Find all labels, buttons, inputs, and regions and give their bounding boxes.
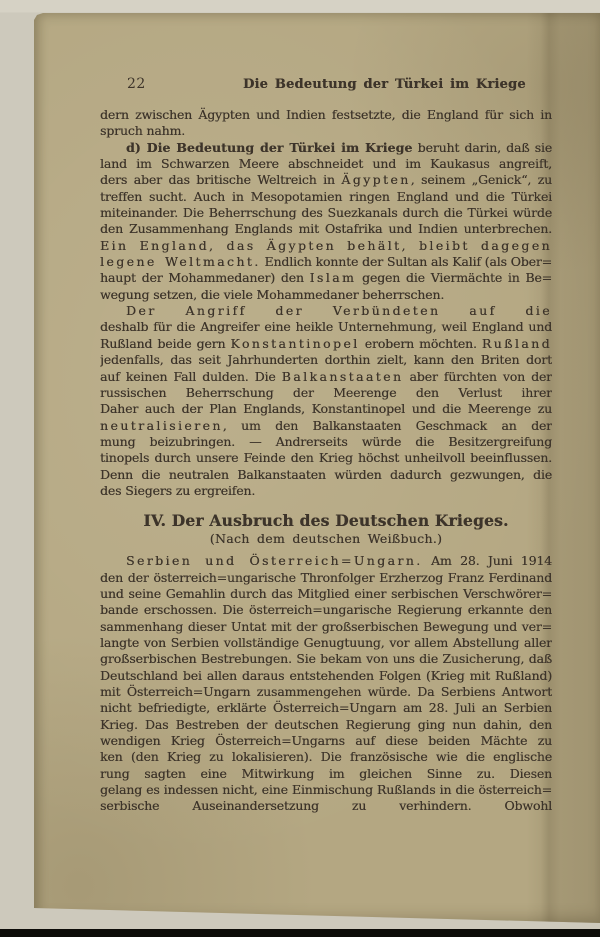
text-line: spruch nahm. — [100, 123, 552, 139]
text-segment: Der Angriff der Verbündeten auf die Dard… — [100, 303, 552, 319]
text-line: rung sagten eine Mitwirkung im gleichen … — [100, 766, 552, 782]
text-segment: d) Die Bedeutung der Türkei im Kriege — [126, 140, 412, 155]
text-segment: neutralisieren — [100, 418, 223, 433]
section-subtitle: (Nach dem deutschen Weißbuch.) — [100, 531, 552, 547]
text-segment: miteinander. Die Beherrschung des Suezka… — [100, 205, 552, 220]
section-heading: IV. Der Ausbruch des Deutschen Krieges. — [100, 511, 552, 531]
text-line: mung beizubringen. — Andrerseits würde d… — [100, 434, 552, 450]
text-segment: mung beizubringen. — Andrerseits würde d… — [100, 434, 552, 450]
text-segment: wendigen Krieg Österreich=Ungarns auf di… — [100, 733, 552, 749]
scan-bottom-margin — [0, 908, 600, 929]
text-line: Krieg. Das Bestreben der deutschen Regie… — [100, 717, 552, 733]
text-segment: dern zwischen Ägypten und Indien festset… — [100, 107, 552, 123]
text-segment: auf keinen Fall dulden. Die — [100, 369, 282, 384]
text-line: dern zwischen Ägypten und Indien festset… — [100, 107, 552, 123]
body-text-before-heading: dern zwischen Ägypten und Indien festset… — [100, 107, 552, 499]
text-segment: aber fürchten von der — [403, 369, 552, 384]
text-line: serbische Auseinandersetzung zu verhinde… — [100, 798, 552, 814]
text-segment: spruch nahm. — [100, 123, 185, 138]
text-line: miteinander. Die Beherrschung des Suezka… — [100, 205, 552, 221]
text-segment: ken (den Krieg zu lokalisieren). Die fra… — [100, 749, 552, 765]
text-segment: Ägypten — [341, 172, 410, 187]
text-segment: rung sagten eine Mitwirkung im gleichen … — [100, 766, 552, 782]
text-segment: russischen Beherrschung der Meerenge den… — [100, 385, 552, 401]
text-segment: Ein England, das Ägypten behält, bleibt … — [100, 238, 552, 254]
text-segment: mit Österreich=Ungarn zusammengehen würd… — [100, 684, 552, 699]
text-line: jedenfalls, das seit Jahrhunderten dorth… — [100, 352, 552, 368]
page-header: 22 Die Bedeutung der Türkei im Kriege — [100, 76, 552, 92]
text-segment: und seine Gemahlin durch das Mitglied ei… — [100, 586, 552, 601]
text-line: Deutschland bei allen daraus entstehende… — [100, 668, 552, 684]
text-segment: treffen sucht. Auch in Mesopotamien ring… — [100, 189, 552, 204]
text-line: Denn die neutralen Balkanstaaten würden … — [100, 467, 552, 483]
text-line: und seine Gemahlin durch das Mitglied ei… — [100, 586, 552, 602]
text-segment: gegen die Viermächte in Be= — [356, 270, 552, 285]
text-segment: sammenhang dieser Untat mit der großserb… — [100, 619, 552, 634]
text-segment: serbische Auseinandersetzung zu verhinde… — [100, 798, 552, 814]
text-segment: haupt der Mohammedaner) den — [100, 270, 310, 285]
text-line: haupt der Mohammedaner) den Islam gegen … — [100, 270, 552, 286]
text-line: legene Weltmacht. Endlich konnte der Sul… — [100, 254, 552, 270]
text-line: gelang es indessen nicht, eine Einmischu… — [100, 782, 552, 798]
text-segment: Rußland beide gern — [100, 336, 230, 351]
text-line: tinopels durch unsere Feinde den Krieg h… — [100, 450, 552, 466]
text-block: 22 Die Bedeutung der Türkei im Kriege de… — [100, 76, 552, 815]
text-segment: gelang es indessen nicht, eine Einmischu… — [100, 782, 552, 797]
text-line: land im Schwarzen Meere abschneidet und … — [100, 156, 552, 172]
text-segment: den Zusammenhang Englands mit Ostafrika … — [100, 221, 552, 236]
scan-bottom-bar — [0, 929, 600, 937]
text-line: Serbien und Österreich=Ungarn. Am 28. Ju… — [100, 553, 552, 569]
paragraph: Serbien und Österreich=Ungarn. Am 28. Ju… — [100, 553, 552, 815]
text-segment: Krieg. Das Bestreben der deutschen Regie… — [100, 717, 552, 733]
text-line: großserbischen Bestrebungen. Sie bekam v… — [100, 651, 552, 667]
text-segment: großserbischen Bestrebungen. Sie bekam v… — [100, 651, 552, 666]
text-segment: deshalb für die Angreifer eine heikle Un… — [100, 319, 552, 334]
text-line: ken (den Krieg zu lokalisieren). Die fra… — [100, 749, 552, 765]
text-line: nicht befriedigte, erklärte Österreich=U… — [100, 700, 552, 716]
text-segment: Serbien und Österreich=Ungarn. — [126, 553, 423, 568]
text-line: mit Österreich=Ungarn zusammengehen würd… — [100, 684, 552, 700]
text-line: wendigen Krieg Österreich=Ungarns auf di… — [100, 733, 552, 749]
scan-root: { "page_header": { "page_number": "22", … — [0, 0, 600, 937]
running-title: Die Bedeutung der Türkei im Kriege — [243, 77, 526, 92]
body-text-after-heading: Serbien und Österreich=Ungarn. Am 28. Ju… — [100, 553, 552, 815]
text-line: Ein England, das Ägypten behält, bleibt … — [100, 238, 552, 254]
text-line: Daher auch der Plan Englands, Konstantin… — [100, 401, 552, 417]
text-line: des Siegers zu ergreifen. — [100, 483, 552, 499]
text-segment: langte von Serbien vollständige Genugtuu… — [100, 635, 552, 650]
text-line: russischen Beherrschung der Meerenge den… — [100, 385, 552, 401]
body-text: dern zwischen Ägypten und Indien festset… — [100, 107, 552, 815]
text-segment: Balkanstaaten — [282, 369, 404, 384]
text-line: Rußland beide gern Konstantinopel erober… — [100, 336, 552, 352]
text-line: den der österreich=ungarische Thronfolge… — [100, 570, 552, 586]
paragraph: Der Angriff der Verbündeten auf die Dard… — [100, 303, 552, 499]
text-line: neutralisieren, um den Balkanstaaten Ges… — [100, 418, 552, 434]
text-segment: Denn die neutralen Balkanstaaten würden … — [100, 467, 552, 483]
text-segment: Konstantinopel — [230, 336, 359, 351]
text-line: d) Die Bedeutung der Türkei im Kriege be… — [100, 140, 552, 156]
text-line: deshalb für die Angreifer eine heikle Un… — [100, 319, 552, 335]
text-segment: Islam — [310, 270, 357, 285]
text-segment: bande erschossen. Die österreich=ungaris… — [100, 602, 552, 618]
text-line: sammenhang dieser Untat mit der großserb… — [100, 619, 552, 635]
text-segment: jedenfalls, das seit Jahrhunderten dorth… — [100, 352, 552, 367]
text-segment: legene Weltmacht. — [100, 254, 261, 269]
text-segment: erobern möchten. — [360, 336, 482, 351]
text-segment: Rußland — [482, 336, 552, 351]
text-line: langte von Serbien vollständige Genugtuu… — [100, 635, 552, 651]
text-segment: Daher auch der Plan Englands, Konstantin… — [100, 401, 552, 416]
text-segment: des Siegers zu ergreifen. — [100, 483, 255, 498]
text-line: ders aber das britische Weltreich in Ägy… — [100, 172, 552, 188]
text-line: den Zusammenhang Englands mit Ostafrika … — [100, 221, 552, 237]
text-segment: land im Schwarzen Meere abschneidet und … — [100, 156, 552, 172]
text-line: wegung setzen, die viele Mohammedaner be… — [100, 287, 552, 303]
text-line: auf keinen Fall dulden. Die Balkanstaate… — [100, 369, 552, 385]
paragraph: dern zwischen Ägypten und Indien festset… — [100, 107, 552, 140]
text-segment: ders aber das britische Weltreich in — [100, 172, 341, 187]
text-segment: nicht befriedigte, erklärte Österreich=U… — [100, 700, 552, 716]
text-segment: , seinem „Genick“, zu — [411, 172, 552, 187]
paragraph: d) Die Bedeutung der Türkei im Kriege be… — [100, 140, 552, 303]
book-page: 22 Die Bedeutung der Türkei im Kriege de… — [34, 13, 600, 923]
text-segment: Endlich konnte der Sultan als Kalif (als… — [261, 254, 552, 269]
text-line: bande erschossen. Die österreich=ungaris… — [100, 602, 552, 618]
text-line: treffen sucht. Auch in Mesopotamien ring… — [100, 189, 552, 205]
text-segment: Deutschland bei allen daraus entstehende… — [100, 668, 552, 683]
text-segment: den der österreich=ungarische Thronfolge… — [100, 570, 552, 585]
text-segment: tinopels durch unsere Feinde den Krieg h… — [100, 450, 552, 465]
text-line: Der Angriff der Verbündeten auf die Dard… — [100, 303, 552, 319]
page-number: 22 — [127, 76, 146, 92]
text-segment: wegung setzen, die viele Mohammedaner be… — [100, 287, 444, 302]
